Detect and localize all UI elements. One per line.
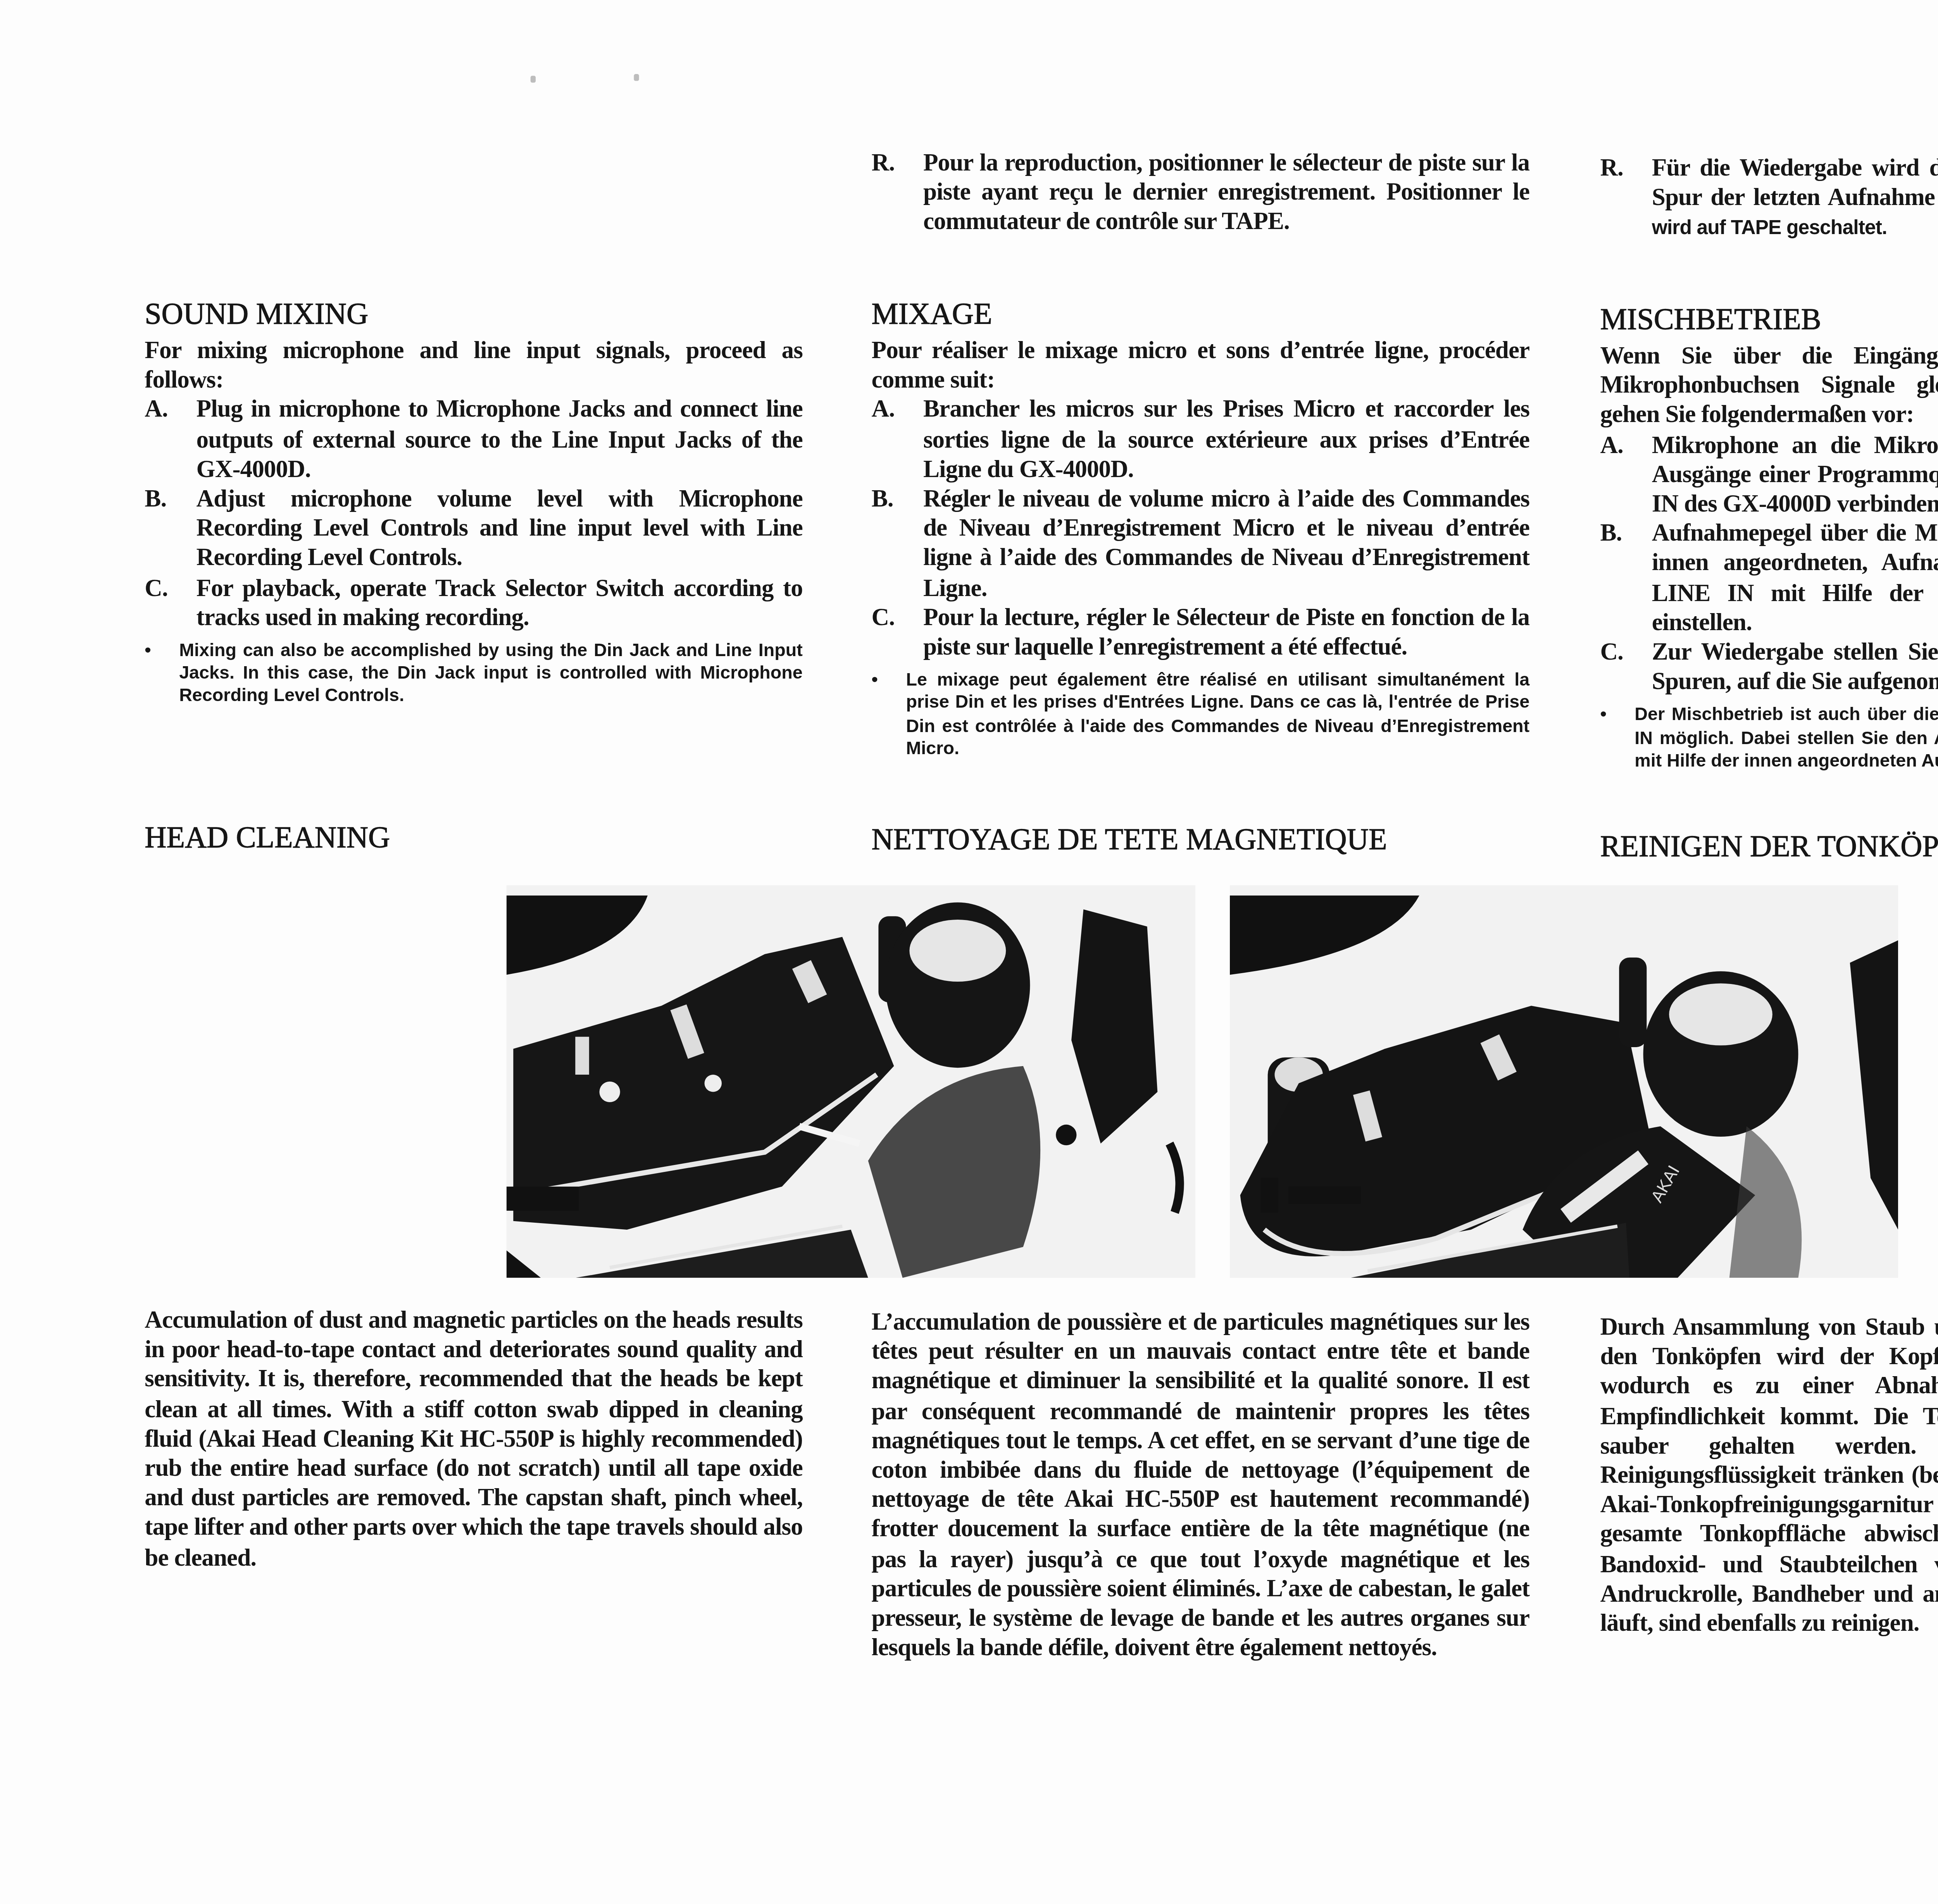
footnote: • Mixing can also be accomplished by usi… xyxy=(145,641,803,709)
section-title: MISCHBETRIEB xyxy=(1600,302,1938,336)
step-a: A. Mikrophone an die Mikrophonbuchsen an… xyxy=(1600,432,1938,520)
bullet-icon: • xyxy=(872,670,906,762)
section-title: SOUND MIXING xyxy=(145,296,803,331)
step-c: C. Pour la lecture, régler le Sélecteur … xyxy=(872,604,1530,663)
photo-swab-cleaning-icon xyxy=(507,885,1196,1278)
head-cleaning-heading-de: REINIGEN DER TONKÖPFE xyxy=(1600,829,1938,870)
intro-text: For mixing microphone and line input sig… xyxy=(145,338,803,397)
sound-mixing-en: SOUND MIXING For mixing microphone and l… xyxy=(145,296,803,709)
step-r: R. Pour la reproduction, positionner le … xyxy=(872,150,1530,239)
step-c: C. Zur Wiedergabe stellen Sie den Spurwa… xyxy=(1600,639,1938,698)
head-cleaning-heading-fr: NETTOYAGE DE TETE MAGNETIQUE xyxy=(872,822,1595,863)
head-cleaning-de: Durch Ansammlung von Staub und magnetisc… xyxy=(1600,1314,1938,1640)
body-paragraph: Durch Ansammlung von Staub und magnetisc… xyxy=(1600,1314,1938,1640)
body-paragraph: Accumulation of dust and magnetic partic… xyxy=(145,1307,803,1574)
head-cleaning-fr: L’accumulation de poussière et de partic… xyxy=(872,1309,1530,1664)
intro-text: Wenn Sie über die Eingänge LINE IN und ü… xyxy=(1600,343,1938,431)
section-title: MIXAGE xyxy=(872,296,1530,331)
step-b: B. Régler le niveau de volume micro à l’… xyxy=(872,486,1530,604)
continuation-de: R. Für die Wiedergabe wird der Spurenwah… xyxy=(1600,155,1938,244)
footnote: • Le mixage peut également être réalisé … xyxy=(872,670,1530,762)
sound-mixing-de: MISCHBETRIEB Wenn Sie über die Eingänge … xyxy=(1600,302,1938,774)
step-a: A. Plug in microphone to Microphone Jack… xyxy=(145,397,803,486)
bullet-icon: • xyxy=(1600,705,1635,773)
step-a: A. Brancher les micros sur les Prises Mi… xyxy=(872,397,1530,486)
scan-speck xyxy=(634,74,639,81)
body-paragraph: L’accumulation de poussière et de partic… xyxy=(872,1309,1530,1664)
step-b: B. Adjust microphone volume level with M… xyxy=(145,486,803,574)
step-c: C. For playback, operate Track Selector … xyxy=(145,575,803,634)
sound-mixing-fr: MIXAGE Pour réaliser le mixage micro et … xyxy=(872,296,1530,761)
section-title: NETTOYAGE DE TETE MAGNETIQUE xyxy=(872,822,1595,856)
scan-speck xyxy=(531,76,536,83)
intro-text: Pour réaliser le mixage micro et sons d’… xyxy=(872,338,1530,397)
photo-kit-cleaning-icon: AKAI xyxy=(1230,885,1898,1278)
bullet-icon: • xyxy=(145,641,179,709)
section-title: REINIGEN DER TONKÖPFE xyxy=(1600,829,1938,863)
head-cleaning-en: Accumulation of dust and magnetic partic… xyxy=(145,1307,803,1574)
step-b: B. Aufnahmepegel über die Mikrophonbuchs… xyxy=(1600,520,1938,639)
footnote: • Der Mischbetrieb ist auch über die DIN… xyxy=(1600,705,1938,773)
continuation-fr: R. Pour la reproduction, positionner le … xyxy=(872,150,1530,239)
section-title: HEAD CLEANING xyxy=(145,820,803,854)
step-r: R. Für die Wiedergabe wird der Spurenwah… xyxy=(1600,155,1938,244)
manual-page: SOUND MIXING For mixing microphone and l… xyxy=(0,0,1938,1904)
head-cleaning-heading-en: HEAD CLEANING xyxy=(145,820,803,861)
